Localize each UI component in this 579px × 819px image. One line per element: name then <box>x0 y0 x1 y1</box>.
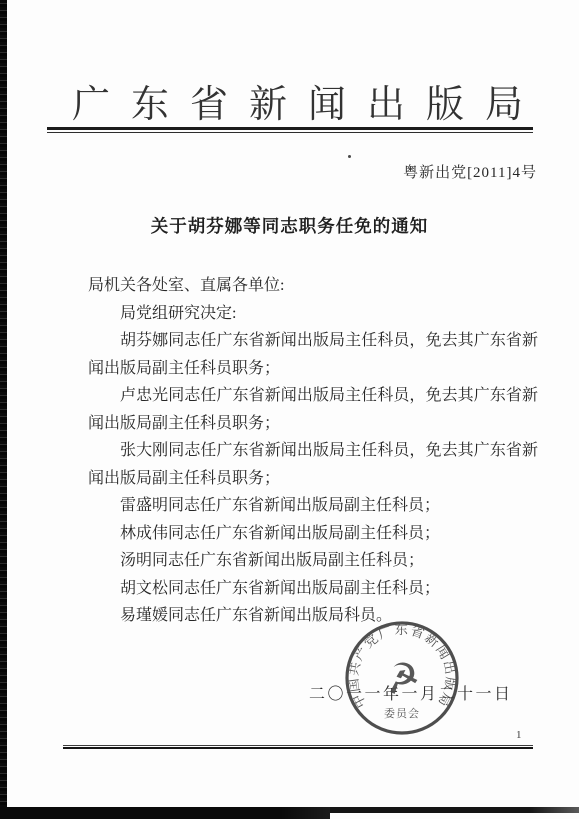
appointment-item: 雷盛明同志任广东省新闻出版局副主任科员； <box>88 492 538 520</box>
salutation-line: 局机关各处室、直属各单位: <box>88 272 538 300</box>
scan-artifact-bottom-edge-right <box>330 807 579 813</box>
letterhead-rule <box>47 127 533 133</box>
appointment-item: 张大刚同志任广东省新闻出版局主任科员，免去其广东省新闻出版局副主任科员职务； <box>88 437 538 492</box>
appointment-item: 易瑾媛同志任广东省新闻出版局科员。 <box>88 602 538 630</box>
intro-line: 局党组研究决定: <box>88 300 538 328</box>
page-number: 1 <box>516 729 522 741</box>
appointment-item: 林成伟同志任广东省新闻出版局副主任科员； <box>88 520 538 548</box>
appointment-item: 胡芬娜同志任广东省新闻出版局主任科员，免去其广东省新闻出版局副主任科员职务； <box>88 327 538 382</box>
scanned-document-page: 广东省新闻出版局 粤新出党[2011]4号 关于胡芬娜等同志职务任免的通知 局机… <box>0 0 579 819</box>
document-body: 局机关各处室、直属各单位: 局党组研究决定: 胡芬娜同志任广东省新闻出版局主任科… <box>88 272 538 630</box>
scan-artifact-left-edge <box>0 0 7 819</box>
official-seal: 中国共产党广东省新闻出版局 ☭ 委员会 <box>343 619 461 737</box>
document-title: 关于胡芬娜等同志职务任免的通知 <box>0 213 579 238</box>
seal-bottom-text: 委员会 <box>384 706 420 720</box>
appointment-item: 汤明同志任广东省新闻出版局副主任科员； <box>88 547 538 575</box>
document-number: 粤新出党[2011]4号 <box>403 161 537 182</box>
footer-rule <box>63 745 533 749</box>
scan-speck <box>348 155 351 158</box>
appointment-item: 胡文松同志任广东省新闻出版局副主任科员； <box>88 575 538 603</box>
scan-artifact-bottom-edge <box>0 807 330 819</box>
agency-letterhead: 广东省新闻出版局 <box>72 73 544 128</box>
hammer-sickle-icon: ☭ <box>380 653 425 705</box>
appointment-item: 卢忠光同志任广东省新闻出版局主任科员，免去其广东省新闻出版局副主任科员职务； <box>88 382 538 437</box>
